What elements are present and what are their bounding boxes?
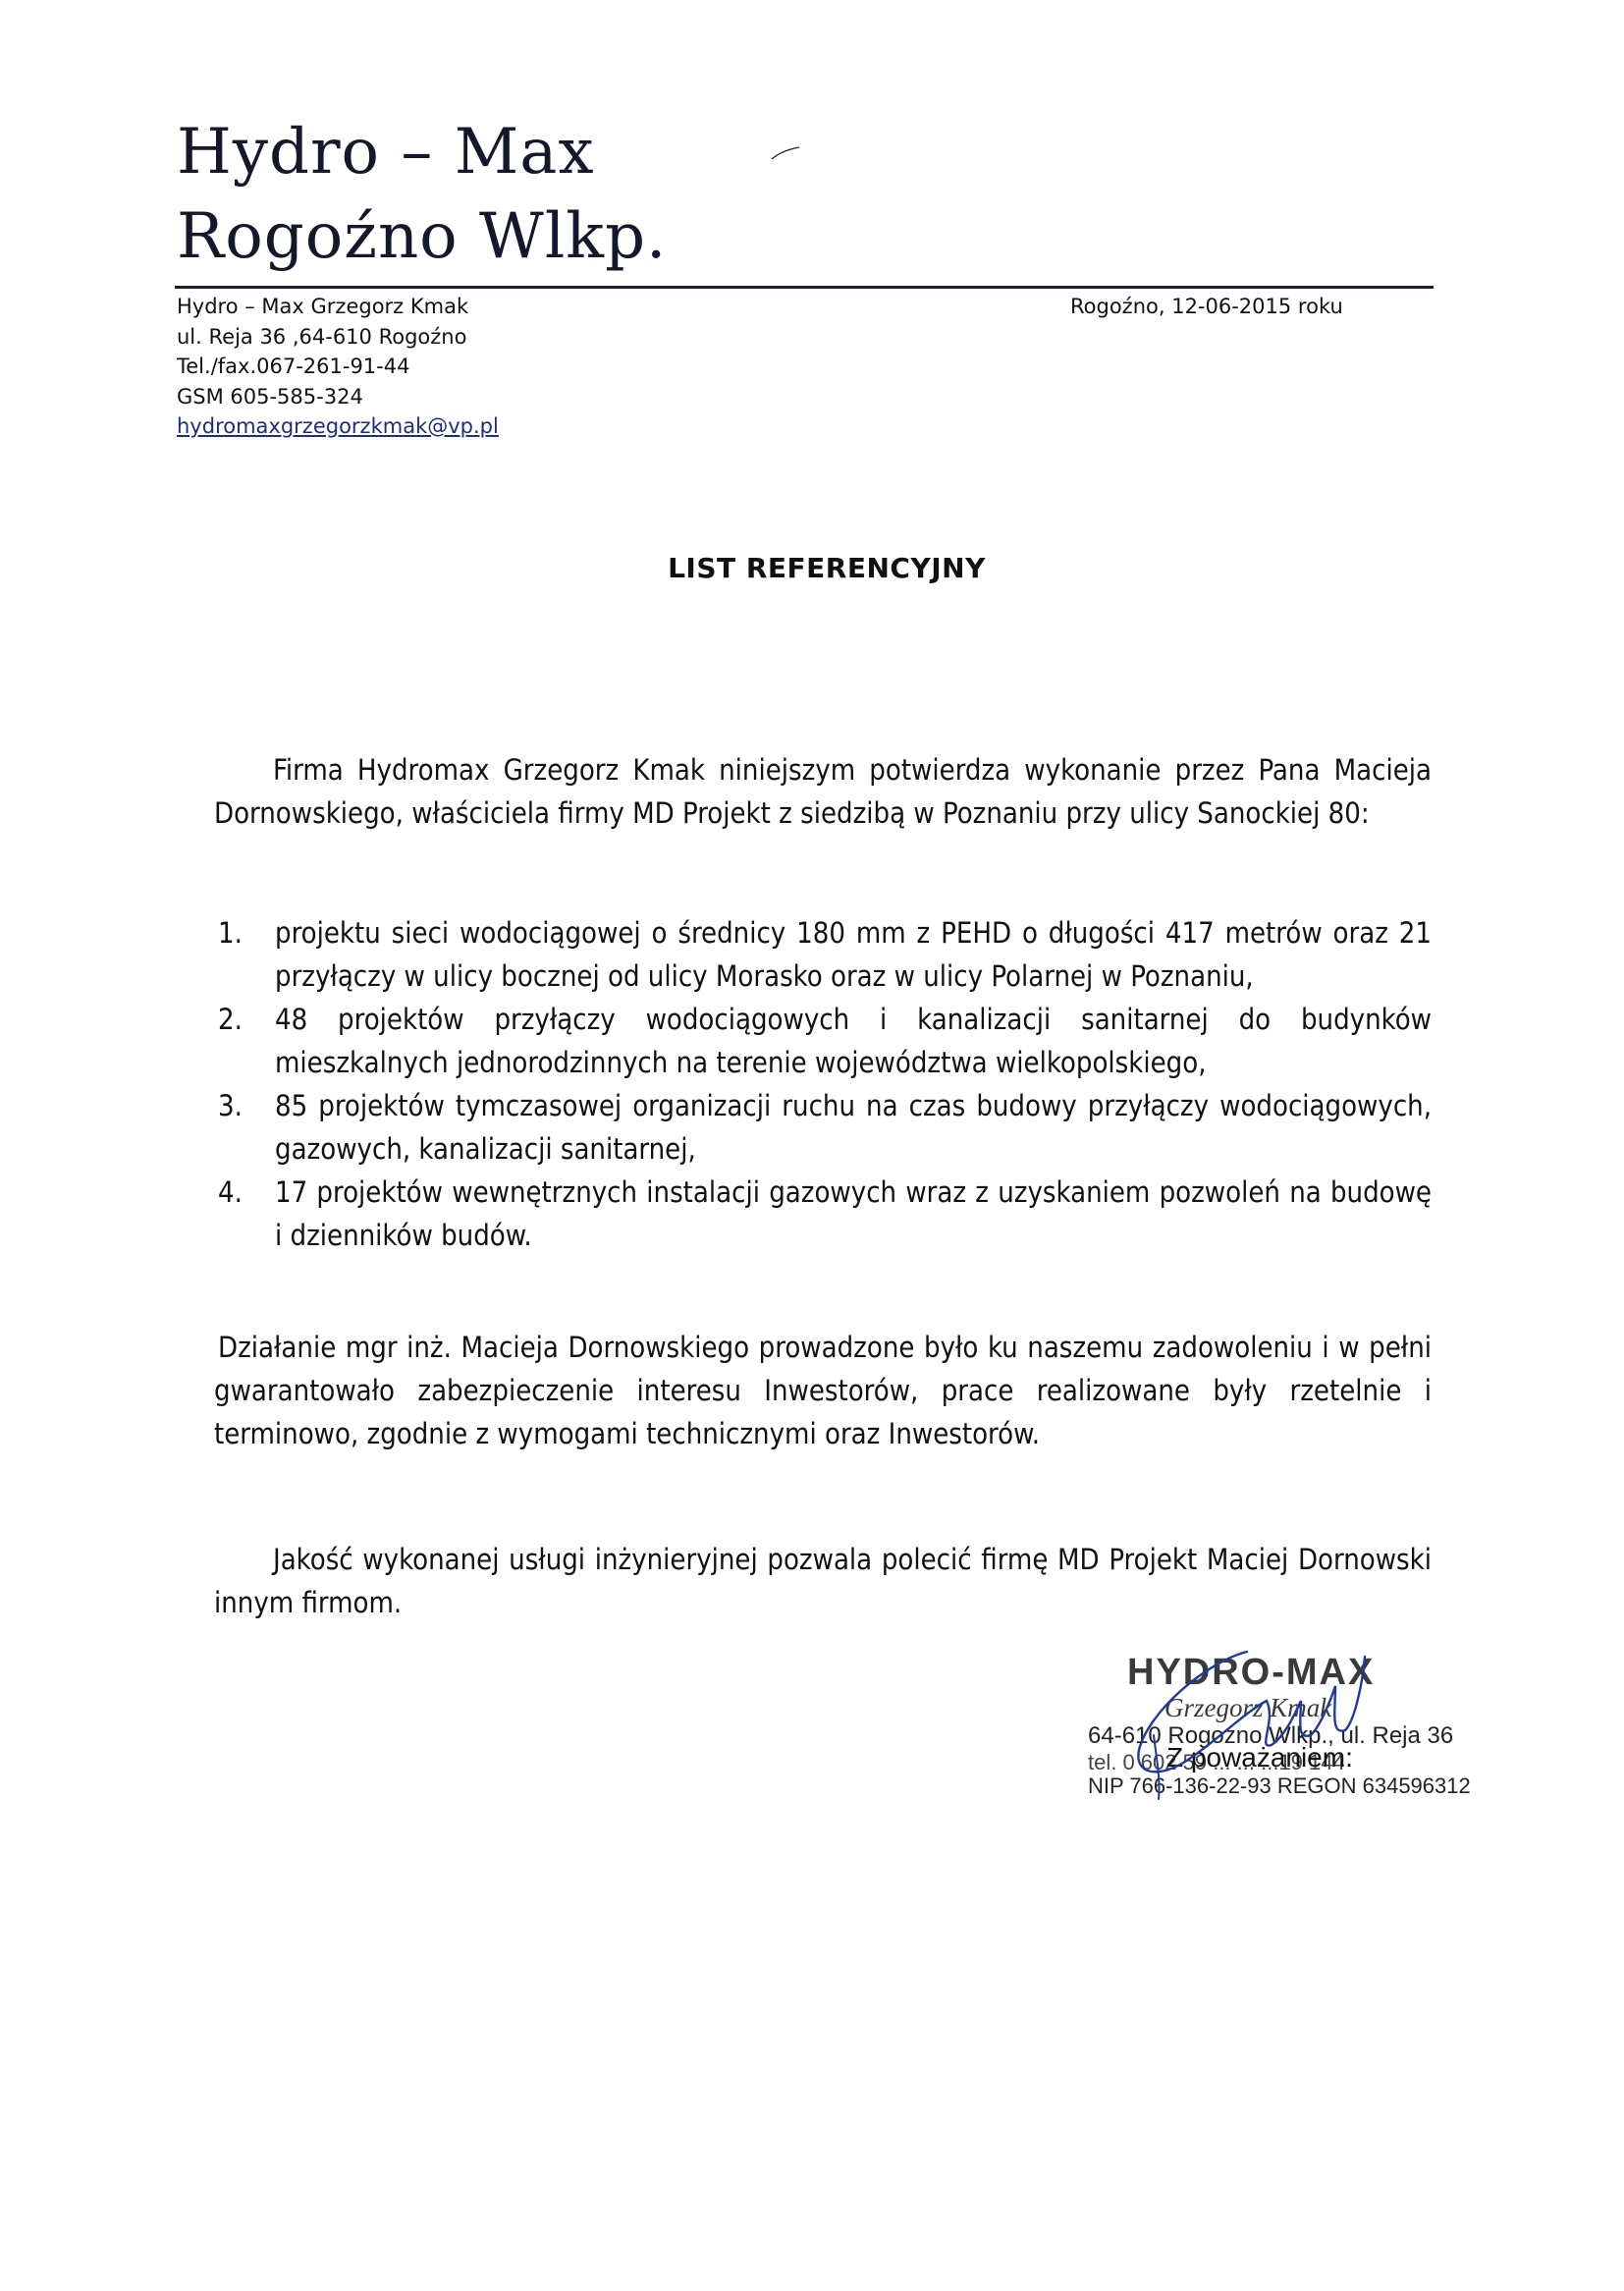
- list-item: 1. projektu sieci wodociągowej o średnic…: [214, 911, 1432, 998]
- list-text: 17 projektów wewnętrznych instalacji gaz…: [275, 1175, 1432, 1252]
- list-text: projektu sieci wodociągowej o średnicy 1…: [275, 916, 1432, 993]
- recommendation-paragraph: Jakość wykonanej usługi inżynieryjnej po…: [214, 1538, 1432, 1624]
- sender-company: Hydro – Max Grzegorz Kmak: [177, 292, 499, 322]
- letterhead-city: Rogoźno Wlkp.: [177, 194, 667, 279]
- document-title: LIST REFERENCYJNY: [0, 552, 1624, 584]
- list-text: 85 projektów tymczasowej organizacji ruc…: [275, 1089, 1432, 1166]
- stamp-ids: NIP 766-136-22-93 REGON 634596312: [1088, 1773, 1471, 1799]
- intro-paragraph: Firma Hydromax Grzegorz Kmak niniejszym …: [214, 748, 1432, 835]
- list-item: 3. 85 projektów tymczasowej organizacji …: [214, 1084, 1432, 1171]
- stamp-brand: HYDRO-MAX: [1127, 1652, 1375, 1694]
- letterhead-title: Hydro – Max Rogoźno Wlkp.: [177, 110, 667, 279]
- letterhead-company: Hydro – Max: [177, 110, 667, 194]
- sender-block: Hydro – Max Grzegorz Kmak ul. Reja 36 ,6…: [177, 292, 499, 442]
- list-text: 48 projektów przyłączy wodociągowych i k…: [275, 1003, 1432, 1079]
- pen-stroke-mark: [771, 145, 800, 161]
- date-line: Rogoźno, 12-06-2015 roku: [1070, 292, 1343, 321]
- sender-phone: Tel./fax.067-261-91-44: [177, 352, 499, 382]
- sender-mobile: GSM 605-585-324: [177, 382, 499, 412]
- sender-email-link[interactable]: hydromaxgrzegorzkmak@vp.pl: [177, 411, 499, 442]
- letter-page: Hydro – Max Rogoźno Wlkp. Hydro – Max Gr…: [0, 0, 1624, 2291]
- closing-text: Z poważaniem:: [1166, 1742, 1353, 1773]
- header-divider: [175, 286, 1434, 289]
- list-number: 4.: [218, 1171, 243, 1214]
- sender-address: ul. Reja 36 ,64-610 Rogoźno: [177, 322, 499, 353]
- stamp-owner: Grzegorz Kmak: [1164, 1693, 1331, 1723]
- list-item: 2. 48 projektów przyłączy wodociągowych …: [214, 998, 1432, 1084]
- assessment-paragraph: Działanie mgr inż. Macieja Dornowskiego …: [214, 1326, 1432, 1455]
- list-number: 2.: [218, 998, 243, 1041]
- list-number: 1.: [218, 911, 243, 955]
- projects-list: 1. projektu sieci wodociągowej o średnic…: [214, 911, 1432, 1257]
- list-number: 3.: [218, 1084, 243, 1127]
- list-item: 4. 17 projektów wewnętrznych instalacji …: [214, 1171, 1432, 1257]
